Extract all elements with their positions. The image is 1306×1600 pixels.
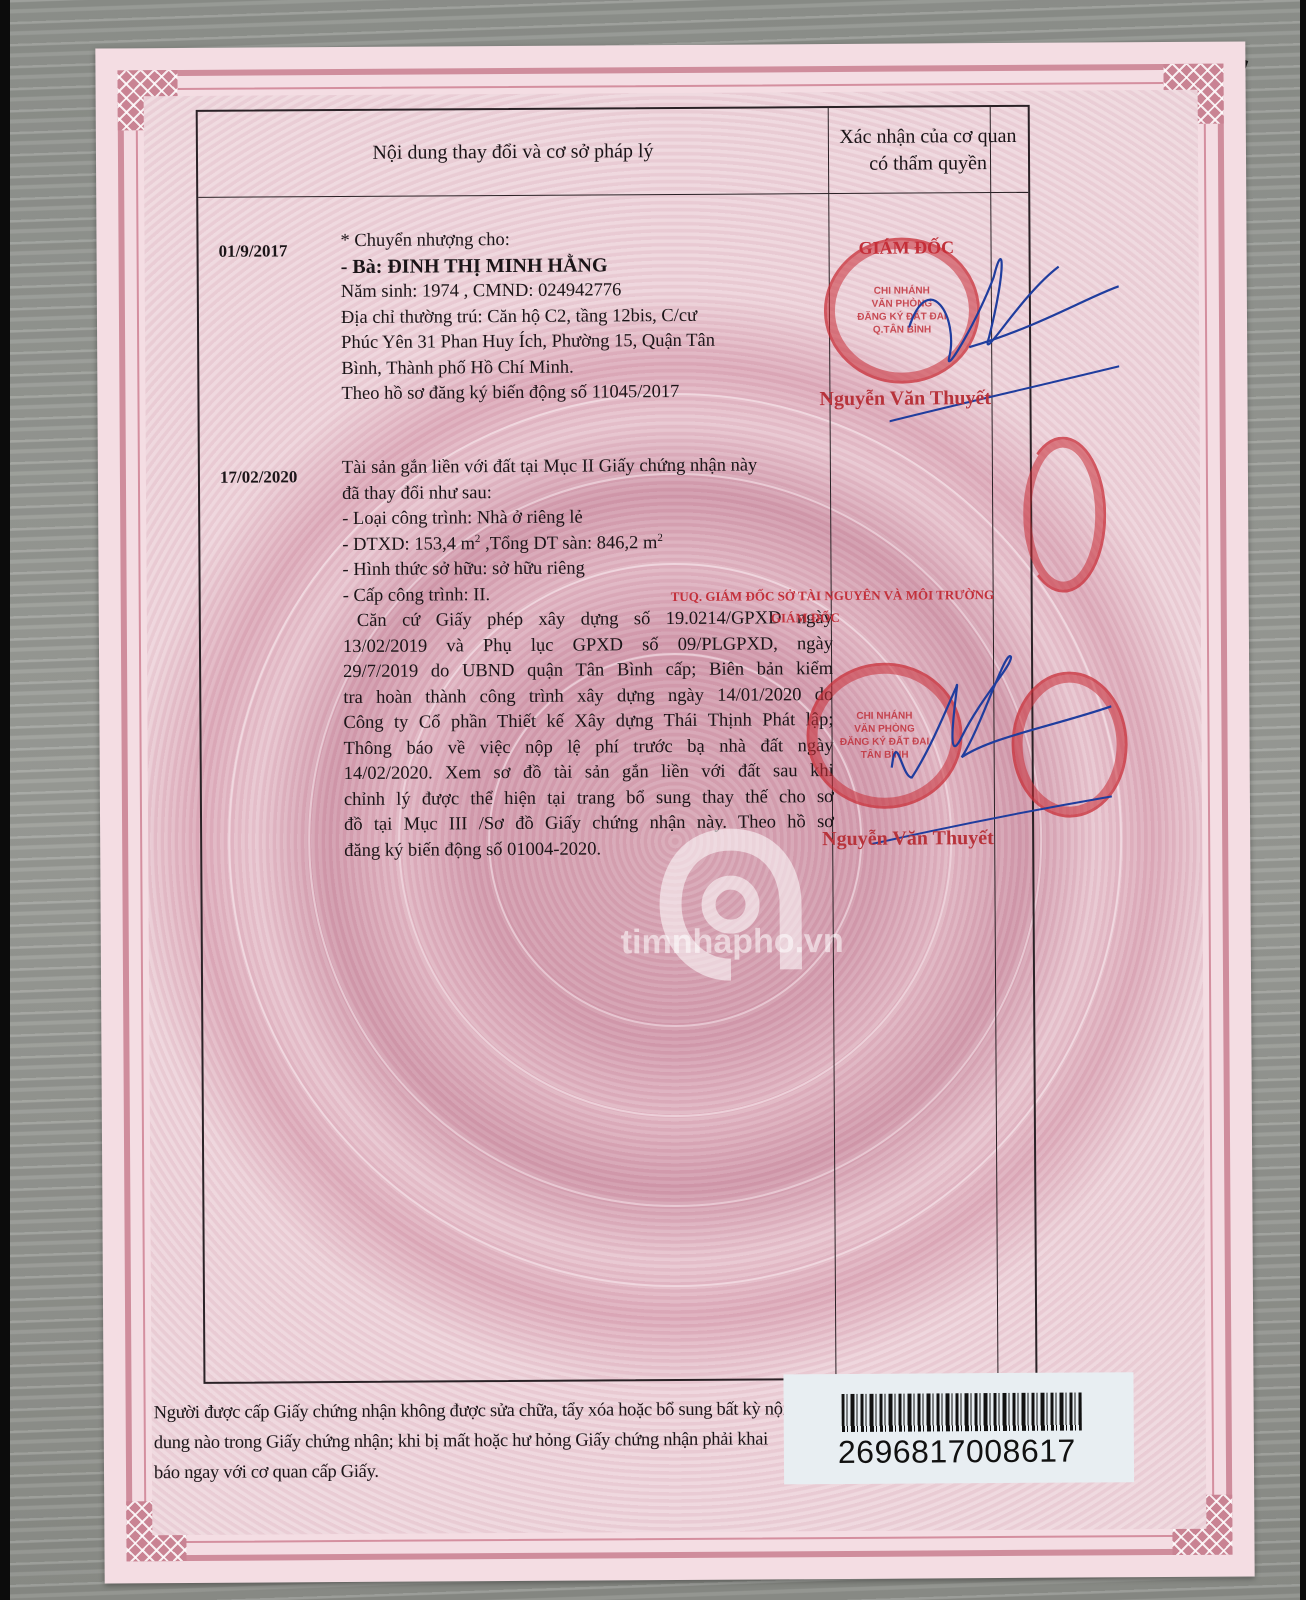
entry-line: tra hoàn thành công trình xây dựng ngày …: [343, 683, 833, 711]
official-seal-partial: [1020, 436, 1107, 593]
certificate-page: Nội dung thay đổi và cơ sở pháp lý Xác n…: [95, 42, 1254, 1584]
header-authority-column: Xác nhận của cơ quan có thẩm quyền: [828, 107, 1029, 193]
barcode-icon: [842, 1393, 1082, 1432]
authority-confirmation-2: TUQ. GIÁM ĐỐC SỞ TÀI NGUYÊN VÀ MÔI TRƯỜN…: [830, 427, 1033, 888]
entry-line: 14/02/2020. Xem sơ đồ tài sản gắn liền v…: [344, 759, 834, 787]
entry-content: Tài sản gắn liền với đất tại Mục II Giấy…: [342, 453, 834, 864]
entry-line: đồ tại Mục III /Sơ đồ Giấy chứng nhận nà…: [344, 810, 834, 838]
owner-name: - Bà: ĐINH THỊ MINH HẰNG: [341, 252, 831, 280]
signature-icon: [888, 206, 1120, 457]
construction-area: - DTXD: 153,4 m: [342, 534, 475, 555]
entry-date: 17/02/2020: [220, 467, 330, 488]
entry-line: Bình, Thành phố Hồ Chí Minh.: [341, 354, 831, 382]
entry-content: * Chuyển nhượng cho: - Bà: ĐINH THỊ MINH…: [340, 226, 831, 407]
signer-name: Nguyễn Văn Thuyết: [822, 827, 994, 851]
entry-line: đã thay đổi như sau:: [342, 479, 832, 507]
entry-line: - Hình thức sở hữu: sở hữu riêng: [342, 555, 832, 583]
area-line: - DTXD: 153,4 m2 ,Tổng DT sàn: 846,2 m2: [342, 530, 832, 558]
entry-line: 13/02/2019 và Phụ lục GPXD số 09/PLGPXD,…: [343, 632, 833, 660]
barcode-number: 2696817008617: [838, 1433, 1076, 1471]
entry-line: Căn cứ Giấy phép xây dựng số 19.0214/GPX…: [343, 606, 833, 634]
entry-line: * Chuyển nhượng cho:: [340, 226, 830, 254]
entry-line: Theo hồ sơ đăng ký biến động số 11045/20…: [341, 379, 831, 407]
entry-line: Tài sản gắn liền với đất tại Mục II Giấy…: [342, 453, 832, 481]
entry-line: đăng ký biến động số 01004-2020.: [344, 836, 834, 864]
entry-line: chỉnh lý được thể hiện tại trang bổ sung…: [344, 785, 834, 813]
photo-background: Nội dung thay đổi và cơ sở pháp lý Xác n…: [10, 0, 1300, 1600]
entry-line: Năm sinh: 1974 , CMND: 024942776: [341, 277, 831, 305]
entry-line: Công ty Cổ phần Thiết kế Xây dựng Thái T…: [343, 708, 833, 736]
total-floor-area: ,Tổng DT sàn: 846,2 m: [480, 533, 657, 554]
signer-name: Nguyễn Văn Thuyết: [819, 387, 991, 411]
entry-date: 01/9/2017: [219, 241, 329, 262]
entry-line: - Loại công trình: Nhà ở riêng lẻ: [342, 504, 832, 532]
signer-title: GIÁM ĐỐC: [771, 610, 840, 626]
entry-line: Thông báo về việc nộp lệ phí trước bạ nh…: [344, 734, 834, 762]
barcode-label: 2696817008617: [783, 1372, 1134, 1484]
footer-warning: Người được cấp Giấy chứng nhận không đượ…: [154, 1394, 795, 1488]
changes-table: Nội dung thay đổi và cơ sở pháp lý Xác n…: [196, 105, 1038, 1384]
entry-line: Phúc Yên 31 Phan Huy Ích, Phường 15, Quậ…: [341, 328, 831, 356]
watermark-text: timnhapho.vn: [621, 922, 844, 962]
entry-line: Địa chỉ thường trú: Căn hộ C2, tầng 12bi…: [341, 303, 831, 331]
header-changes-column: Nội dung thay đổi và cơ sở pháp lý: [198, 108, 829, 197]
superscript: 2: [657, 531, 663, 543]
delegation-title: TUQ. GIÁM ĐỐC SỞ TÀI NGUYÊN VÀ MÔI TRƯỜN…: [671, 587, 995, 605]
entry-line: 29/7/2019 do UBND quận Tân Bình cấp; Biê…: [343, 657, 833, 685]
